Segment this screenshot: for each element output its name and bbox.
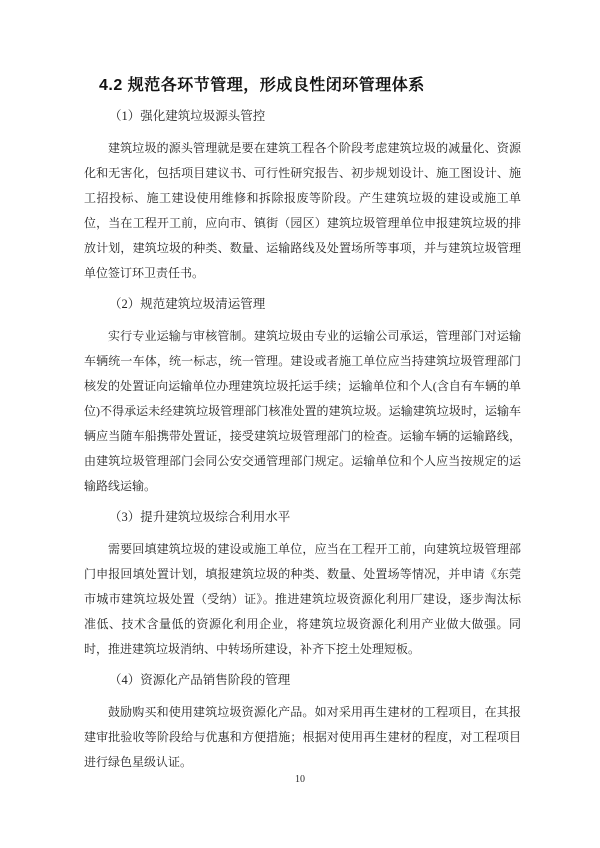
paragraph-comprehensive-utilization: 需要回填建筑垃圾的建设或施工单位，应当在工程开工前，向建筑垃圾管理部门申报回填处… [84,537,521,662]
paragraph-product-sales-management: 鼓励购买和使用建筑垃圾资源化产品。如对采用再生建材的工程项目，在其报建审批验收等… [84,700,521,775]
page-number: 10 [0,774,600,785]
document-page: 4.2 规范各环节管理，形成良性闭环管理体系 （1）强化建筑垃圾源头管控 建筑垃… [0,0,600,848]
subsection-title-4: （4）资源化产品销售阶段的管理 [84,672,521,688]
subsection-title-3: （3）提升建筑垃圾综合利用水平 [84,509,521,525]
subsection-title-2: （2）规范建筑垃圾清运管理 [84,296,521,312]
subsection-title-1: （1）强化建筑垃圾源头管控 [84,108,521,124]
document-content: 4.2 规范各环节管理，形成良性闭环管理体系 （1）强化建筑垃圾源头管控 建筑垃… [84,76,521,785]
paragraph-source-control: 建筑垃圾的源头管理就是要在建筑工程各个阶段考虑建筑垃圾的减量化、资源化和无害化，… [84,136,521,286]
section-title: 4.2 规范各环节管理，形成良性闭环管理体系 [99,76,521,96]
paragraph-transport-management: 实行专业运输与审核管制。建筑垃圾由专业的运输公司承运，管理部门对运输车辆统一车体… [84,324,521,499]
